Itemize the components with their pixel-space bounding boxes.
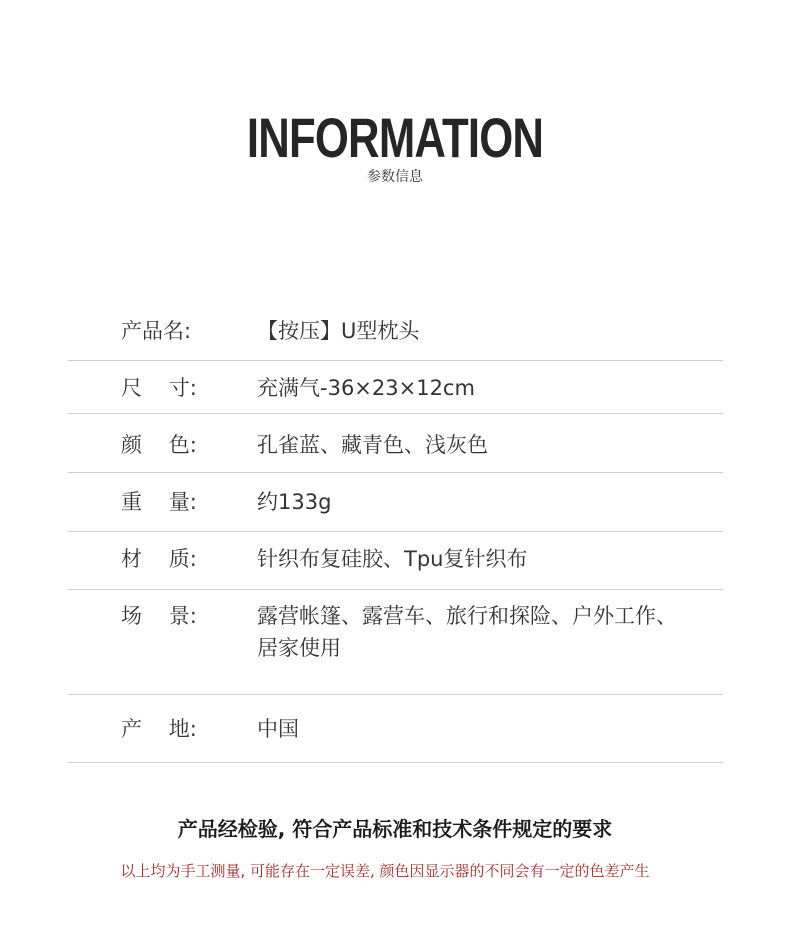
divider: [68, 531, 723, 532]
spec-label-name: 产品名:: [121, 315, 191, 347]
page-subtitle: 参数信息: [0, 168, 790, 186]
divider: [68, 472, 723, 473]
spec-value-name: 【按压】U型枕头: [257, 315, 677, 347]
divider: [68, 694, 723, 695]
spec-value-scene: 露营帐篷、露营车、旅行和探险、户外工作、居家使用: [257, 600, 677, 664]
spec-value-size: 充满气-36×23×12cm: [257, 372, 677, 404]
spec-value-material: 针织布复硅胶、Tpu复针织布: [257, 543, 677, 575]
spec-label-scene: 场 景:: [121, 600, 197, 632]
spec-label-weight: 重 量:: [121, 486, 197, 518]
divider: [68, 413, 723, 414]
measurement-disclaimer: 以上均为手工测量, 可能存在一定误差, 颜色因显示器的不同会有一定的色差产生: [0, 860, 770, 882]
page-title: INFORMATION: [87, 108, 703, 168]
spec-value-origin: 中国: [257, 713, 677, 745]
spec-label-color: 颜 色:: [121, 429, 197, 461]
spec-label-size: 尺 寸:: [121, 372, 197, 404]
spec-value-weight: 约133g: [257, 486, 677, 518]
divider: [68, 589, 723, 590]
divider: [68, 762, 723, 763]
spec-label-origin: 产 地:: [121, 713, 197, 745]
spec-value-color: 孔雀蓝、藏青色、浅灰色: [257, 429, 677, 461]
quality-note: 产品经检验, 符合产品标准和技术条件规定的要求: [0, 816, 790, 842]
divider: [68, 360, 723, 361]
spec-label-material: 材 质:: [121, 543, 197, 575]
